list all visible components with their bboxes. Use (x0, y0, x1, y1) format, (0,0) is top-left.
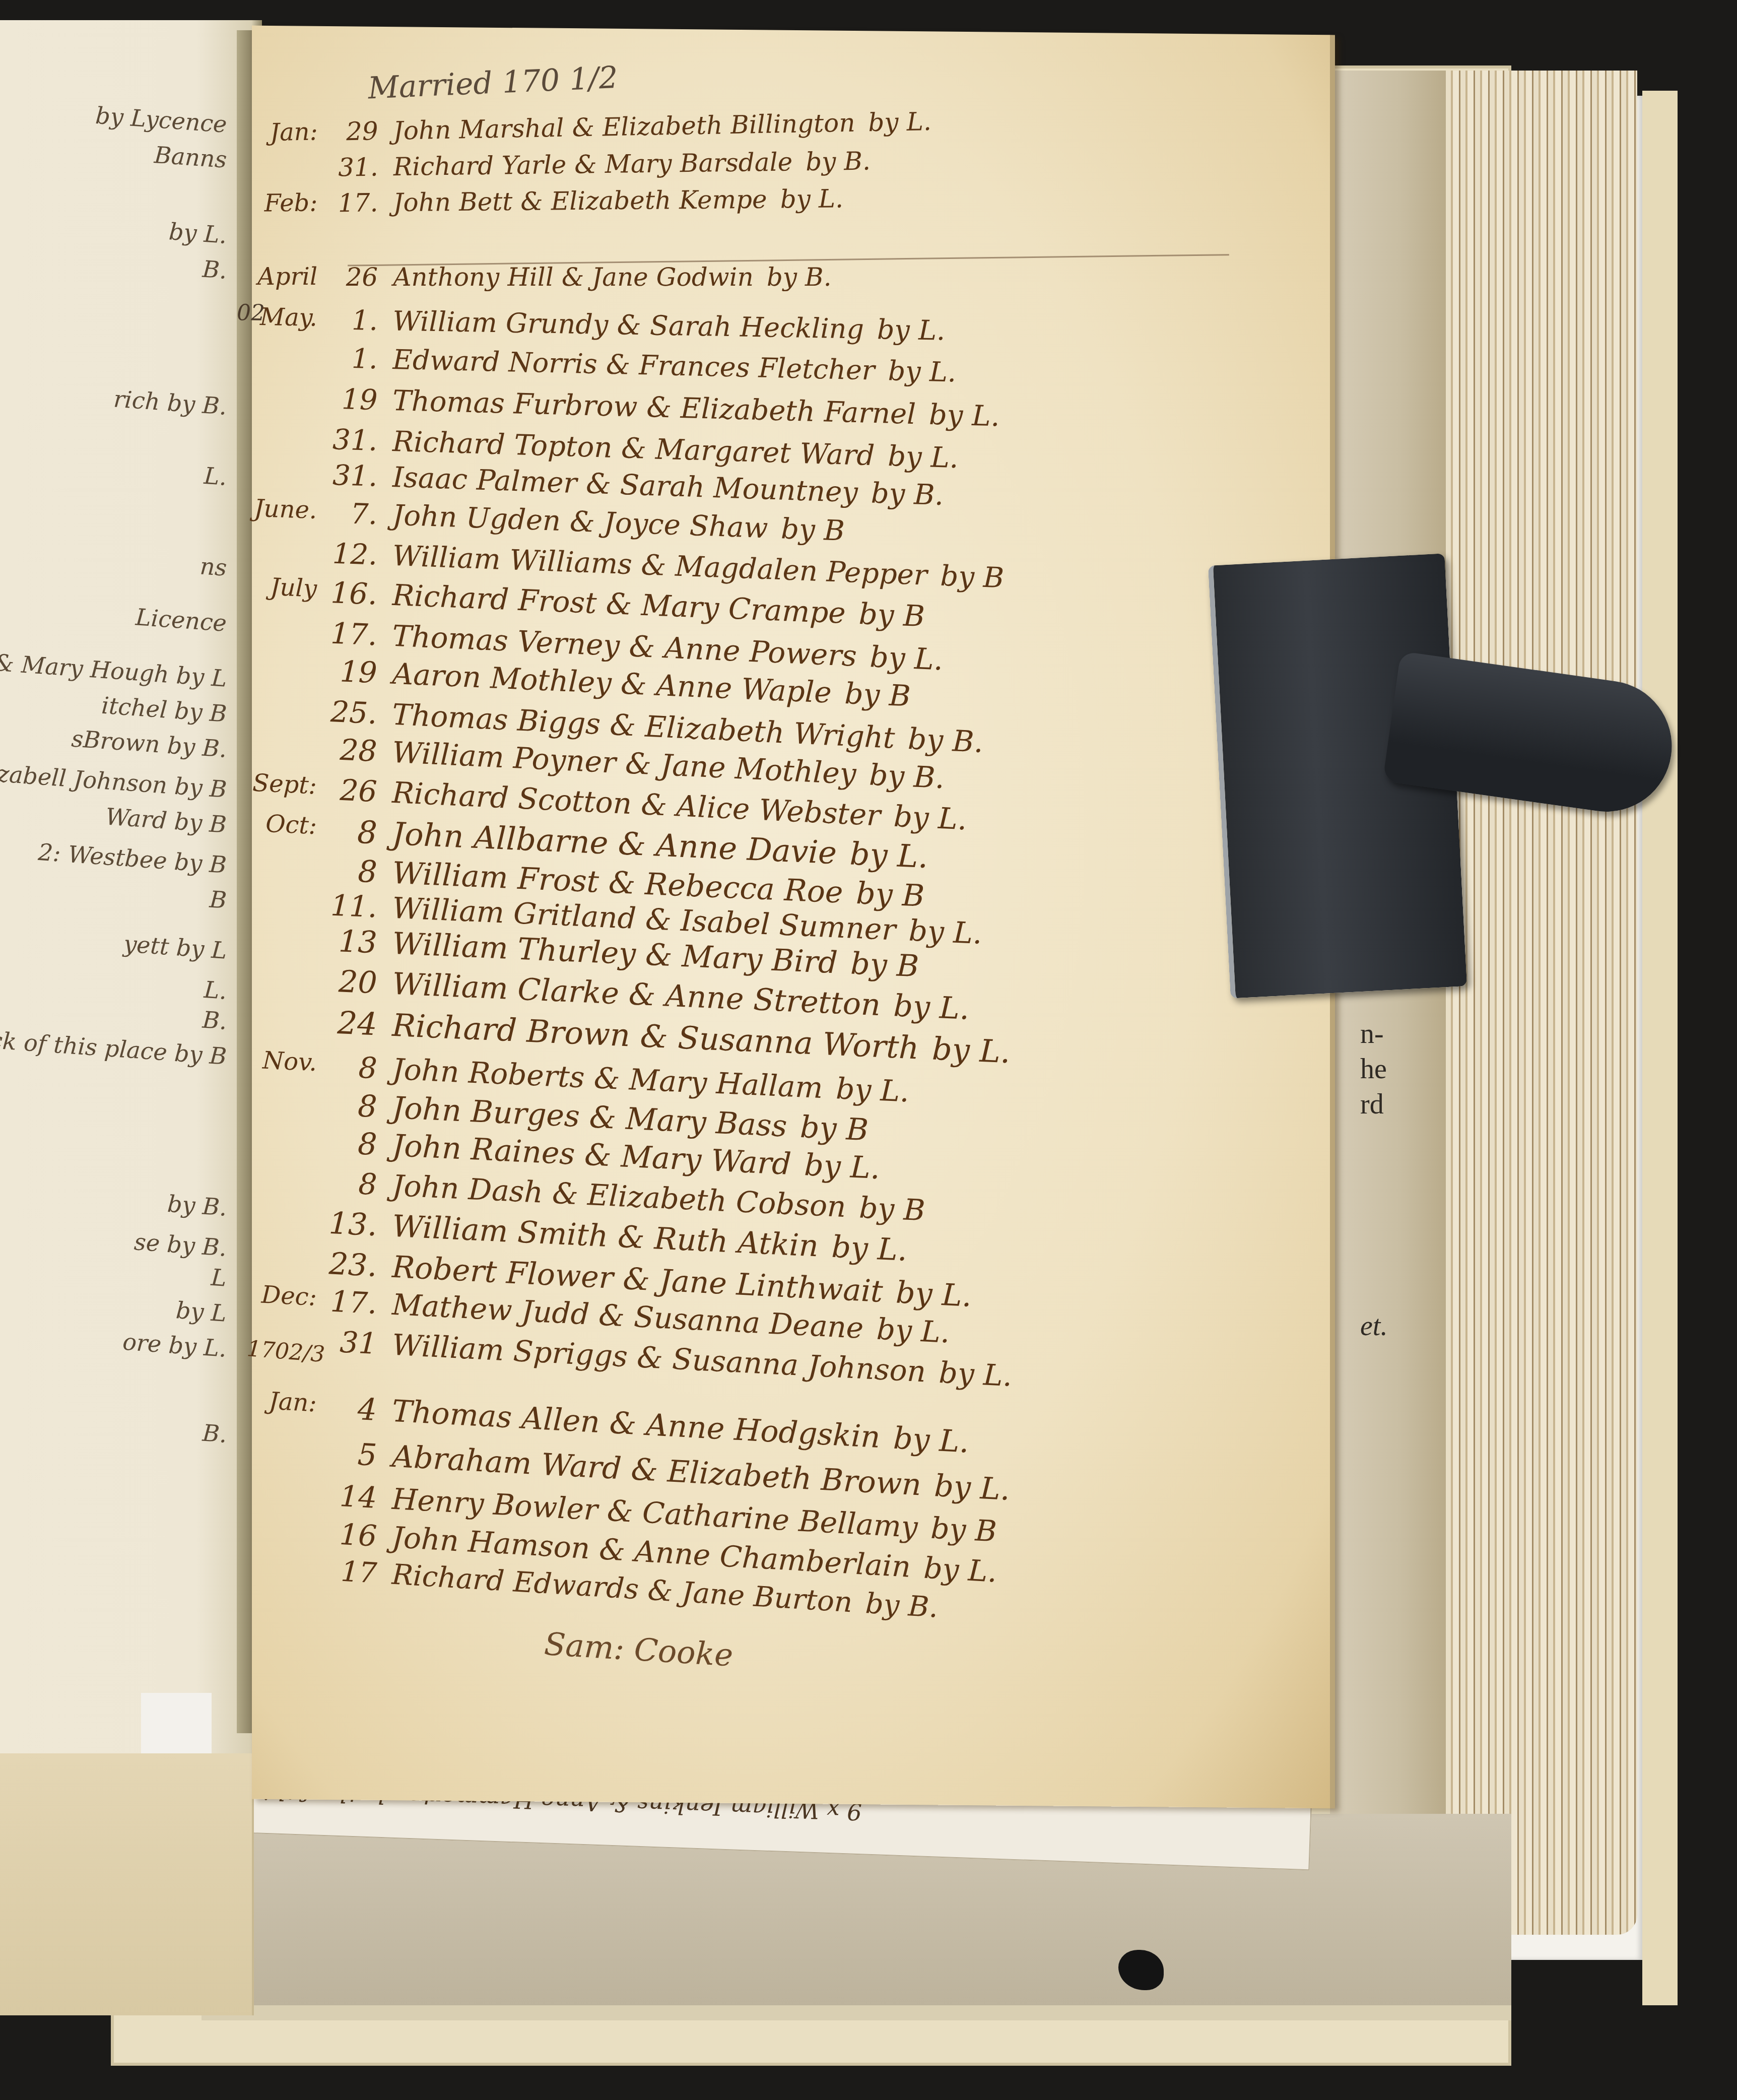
left-page-fragment: L. (203, 976, 228, 1005)
entry-day: 8 (321, 1125, 378, 1162)
licence-or-banns: by L. (876, 1311, 951, 1349)
ampersand: & (577, 467, 621, 501)
bride-name: Anne Waple (655, 668, 832, 710)
groom-name: John Marshal (393, 113, 564, 146)
left-page-fragment: itchel by B (101, 692, 228, 728)
licence-or-banns: by B (940, 560, 1005, 595)
ampersand: & (579, 1099, 626, 1136)
entry-day: 1. (322, 304, 378, 337)
groom-name: John Bett (393, 187, 513, 217)
licence-or-banns: by L. (877, 313, 946, 346)
left-cover-board (0, 1753, 254, 2015)
licence-or-banns: by L. (939, 1355, 1013, 1393)
ampersand: & (632, 548, 676, 582)
bride-name: Elizabeth Brown (666, 1454, 922, 1502)
curate-signature: Sam: Cooke (543, 1625, 733, 1674)
entry-couple: John Bett & Elizabeth Kempeby L. (393, 184, 843, 217)
licence-or-banns: by L. (923, 1551, 997, 1589)
groom-name: Richard Frost (392, 578, 597, 620)
bride-name: Mary Ward (620, 1139, 792, 1182)
licence-or-banns: by L. (831, 1229, 908, 1268)
ampersand: & (597, 1493, 643, 1530)
printed-page-strip (1330, 71, 1446, 1915)
bride-name: Susanna Worth (677, 1019, 919, 1067)
groom-name: Richard Topton (392, 425, 613, 465)
ampersand: & (608, 1219, 655, 1256)
licence-or-banns: by L. (929, 399, 1000, 433)
entry-day: 8 (321, 852, 377, 890)
licence-or-banns: by L. (888, 355, 956, 388)
licence-or-banns: by B (780, 512, 845, 547)
bride-name: Anne Davie (655, 827, 838, 872)
entry-month (242, 1242, 317, 1246)
groom-name: William Williams (392, 540, 633, 581)
ampersand: & (598, 865, 646, 902)
licence-or-banns: by L. (780, 184, 843, 214)
groom-name: Edward Norris (392, 344, 597, 380)
entry-couple: Edward Norris & Frances Fletcherby L. (392, 344, 956, 388)
entry-day: 8 (321, 1049, 378, 1086)
register-page: Married 170 1/2 02 Jan:29John Marshal & … (252, 26, 1335, 1809)
entry-day: 17. (321, 616, 378, 652)
ampersand: & (613, 1261, 660, 1298)
bride-name: Mary Bass (625, 1101, 788, 1144)
licence-or-banns: by B. (864, 1587, 939, 1624)
groom-name: Richard Yarle (393, 150, 567, 181)
licence-or-banns: by B. (805, 147, 871, 177)
licence-or-banns: by B. (871, 477, 944, 512)
bride-name: Sarah Heckling (650, 309, 864, 345)
ampersand: & (542, 1175, 588, 1212)
groom-name: Thomas Biggs (391, 697, 601, 741)
left-page-fragment: by L. (168, 218, 228, 249)
ampersand: & (599, 1405, 647, 1442)
left-page-fragment: L (211, 1264, 228, 1292)
left-page-fragment: B. (202, 255, 228, 284)
entry-month (242, 1320, 317, 1324)
entry-day: 8 (321, 1087, 378, 1125)
entry-month (242, 1202, 317, 1205)
ampersand: & (566, 150, 605, 179)
entry-month (242, 650, 317, 653)
groom-name: John Raines (391, 1128, 575, 1172)
groom-name: Thomas Allen (391, 1394, 601, 1440)
box-rim (1642, 91, 1678, 2005)
bride-name: Alice Webster (676, 789, 881, 832)
left-page-fragment: by L (175, 1296, 228, 1327)
bride-name: Jane Burton (681, 1576, 853, 1619)
ampersand: & (564, 112, 603, 142)
licence-or-banns: by B. (868, 757, 945, 795)
bride-name: Elizabeth Kempe (551, 185, 767, 216)
left-page-fragment: B. (202, 1006, 228, 1035)
entry-month (242, 153, 317, 154)
bride-name: Joyce Shaw (604, 506, 768, 545)
entry-month: Oct: (241, 809, 317, 840)
left-page: by LycenceBannsby L.B.rich by B.L.nsLice… (0, 20, 262, 1753)
entry-month (242, 1474, 317, 1478)
licence-or-banns: by B (799, 1109, 869, 1148)
ampersand: & (615, 746, 661, 782)
bride-name: Mary Hallam (629, 1062, 824, 1105)
entry-day: 16 (321, 1516, 378, 1553)
groom-name: John Ugden (392, 499, 561, 538)
entry-day: 25. (321, 694, 378, 731)
entry-day: 31. (321, 458, 378, 493)
entry-day: 31. (322, 153, 378, 182)
ampersand: & (612, 432, 656, 466)
left-page-fragment: pick of this place by B (0, 1025, 228, 1070)
left-page-fragment: B. (202, 1419, 228, 1448)
bride-name: Magdalen Pepper (675, 550, 927, 592)
entry-day: 12. (321, 537, 378, 572)
licence-or-banns: by L. (849, 835, 929, 875)
bride-name: Elizabeth Billington (602, 108, 855, 142)
entry-month (242, 1549, 317, 1553)
ampersand: & (589, 1531, 635, 1568)
entry-month: Feb: (242, 188, 318, 217)
licence-or-banns: by B. (907, 721, 984, 759)
licence-or-banns: by B (930, 1511, 997, 1549)
entry-month (242, 340, 317, 342)
entry-day: 28 (321, 732, 378, 768)
entry-couple: Richard Yarle & Mary Barsdaleby B. (393, 147, 871, 182)
bride-name: Anne Powers (663, 630, 857, 673)
left-page-fragment: L. (203, 462, 228, 491)
entry-month (242, 1121, 317, 1125)
entry-day: 11. (321, 888, 378, 925)
entry-day: 13 (321, 923, 377, 961)
entry-day: 31. (322, 423, 378, 457)
entry-day: 8 (321, 1165, 378, 1202)
ampersand: & (630, 1017, 679, 1056)
groom-name: John Allbarne (391, 815, 609, 862)
entry-month (242, 534, 317, 537)
licence-or-banns: by B. (766, 262, 831, 292)
entry-month (242, 1083, 317, 1087)
left-page-fragment: zabell Johnson by B (0, 760, 228, 803)
entry-month (242, 728, 317, 732)
left-page-fragment: ore by L. (122, 1328, 228, 1362)
page-heading: Married 170 1/2 (367, 60, 619, 106)
ampersand: & (619, 629, 665, 665)
bride-name: Frances Fletcher (639, 349, 875, 386)
entry-month (242, 612, 317, 616)
entry-month (242, 380, 317, 382)
ampersand: & (621, 1451, 669, 1489)
bride-name: Susanna Johnson (672, 1342, 926, 1389)
entry-day: 23. (321, 1246, 378, 1284)
ampersand: & (600, 707, 646, 743)
entry-day: 8 (321, 812, 377, 851)
entry-day: 26 (322, 262, 378, 292)
bride-name: Anne Hodgskin (645, 1407, 881, 1455)
left-page-fragment: Banns (153, 141, 228, 173)
bride-name: Anne Stretton (664, 978, 881, 1023)
licence-or-banns: by B (850, 946, 919, 985)
licence-or-banns: by L. (893, 988, 970, 1026)
licence-or-banns: by L. (888, 440, 959, 475)
ampersand: & (619, 976, 666, 1013)
licence-or-banns: by B (844, 676, 911, 713)
entry-day: 16. (321, 575, 378, 611)
entry-couple: John Marshal & Elizabeth Billingtonby L. (393, 107, 931, 146)
entry-month (242, 456, 317, 458)
ampersand: & (596, 586, 642, 622)
bride-name: Elizabeth Farnel (680, 392, 916, 431)
entry-list: Jan:29John Marshal & Elizabeth Billingto… (252, 26, 1330, 35)
ampersand: & (597, 348, 639, 381)
groom-name: John Hamson (391, 1520, 590, 1566)
ampersand: & (638, 1573, 683, 1609)
left-page-fragment: rich by B. (112, 385, 227, 420)
bride-name: Mary Barsdale (605, 148, 793, 179)
licence-or-banns: by L. (895, 1275, 972, 1314)
licence-or-banns: by L. (804, 1147, 881, 1186)
entry-day: 17. (322, 188, 378, 218)
groom-name: John Dash (391, 1168, 544, 1210)
entry-month: July (241, 572, 317, 603)
groom-name: Henry Bowler (391, 1482, 599, 1527)
ampersand: & (560, 505, 604, 539)
entry-month (242, 421, 317, 423)
licence-or-banns: by L. (933, 1468, 1011, 1507)
entry-day: 19 (321, 653, 378, 690)
entry-day: 31 (321, 1324, 378, 1361)
ampersand: & (631, 786, 677, 823)
entry-month: Jan: (242, 117, 318, 147)
licence-or-banns: by B (855, 876, 925, 914)
ampersand: & (608, 309, 650, 341)
groom-name: Richard Brown (391, 1007, 631, 1054)
groom-name: Richard Scotton (391, 775, 632, 821)
entry-month (242, 920, 317, 923)
left-page-fragment: se by B. (133, 1228, 228, 1262)
groom-name: Mathew Judd (391, 1287, 590, 1332)
groom-name: Thomas Verney (391, 619, 620, 663)
bride-name: Sarah Mountney (620, 469, 858, 509)
groom-name: Isaac Palmer (392, 461, 577, 500)
ampersand: & (637, 391, 681, 425)
entry-day: 29 (322, 116, 378, 147)
groom-name: Aaron Mothley (391, 657, 612, 700)
entry-couple: Anthony Hill & Jane Godwinby B. (393, 262, 832, 292)
entry-month: June. (241, 494, 317, 524)
licence-or-banns: by L. (868, 107, 932, 137)
groom-name: William Smith (391, 1209, 609, 1254)
groom-name: William Spriggs (391, 1328, 628, 1374)
entry-day: 24 (321, 1004, 377, 1043)
entry-day: 13. (321, 1205, 378, 1243)
licence-or-banns: by L. (931, 1030, 1011, 1071)
entry-month (242, 884, 317, 888)
ampersand: & (635, 937, 683, 974)
entry-day: 17. (321, 1284, 378, 1321)
bride-name: Mary Crampe (641, 588, 846, 630)
left-page-fragment: B (209, 886, 227, 914)
entry-month: Jan: (240, 1386, 317, 1418)
ampersand: & (608, 825, 656, 864)
left-page-fragment: ns (199, 552, 228, 581)
left-page-fragment: by Lycence (94, 102, 228, 138)
entry-month: Sept: (241, 768, 317, 800)
groom-name: John Burges (391, 1090, 580, 1134)
bride-name: Mary Bird (681, 939, 838, 980)
left-page-fragment: & Mary Hough by L (0, 649, 228, 692)
entry-month: May. (242, 302, 317, 332)
entry-day: 17 (320, 1554, 377, 1590)
bride-name: Margaret Ward (655, 433, 875, 472)
entry-day: 4 (321, 1390, 378, 1428)
left-page-fragment: Ward by B (105, 803, 228, 838)
entry-month: Dec: (241, 1280, 317, 1312)
entry-month (242, 690, 317, 694)
licence-or-banns: by L. (893, 799, 968, 837)
ampersand: & (611, 666, 657, 702)
entry-day: 14 (321, 1478, 378, 1515)
bride-name: Ruth Atkin (653, 1221, 819, 1264)
groom-name: Anthony Hill (393, 262, 554, 292)
ampersand: & (512, 186, 551, 216)
ampersand: & (584, 1061, 630, 1097)
ampersand: & (554, 262, 592, 292)
entry-day: 5 (321, 1435, 378, 1473)
left-page-fragment: sBrown by B. (71, 725, 228, 762)
groom-name: William Clarke (391, 966, 620, 1012)
groom-name: Abraham Ward (391, 1439, 623, 1487)
licence-or-banns: by B (858, 1191, 925, 1228)
bride-name: Jane Mothley (660, 748, 857, 791)
entry-couple: Thomas Furbrow & Elizabeth Farnelby L. (392, 384, 1000, 433)
entry-month (242, 1000, 317, 1004)
printed-fragment: he (1360, 1053, 1387, 1085)
entry-month: Nov. (241, 1045, 317, 1077)
licence-or-banns: by L. (835, 1071, 910, 1108)
groom-name: William Grundy (392, 305, 608, 341)
printed-fragment: rd (1360, 1088, 1384, 1121)
entry-month (242, 1511, 317, 1516)
ampersand: & (588, 1297, 634, 1334)
entry-couple: William Grundy & Sarah Hecklingby L. (392, 305, 945, 347)
entry-month (242, 1431, 317, 1435)
ampersand: & (636, 901, 682, 938)
entry-month (242, 960, 317, 963)
groom-name: William Poyner (391, 735, 617, 780)
ampersand: & (574, 1137, 622, 1174)
year-marker: 1702/3 (246, 1338, 325, 1366)
bride-name: Jane Godwin (592, 262, 754, 292)
bride-name: Elizabeth Cobson (587, 1177, 847, 1224)
entry-day: 7. (321, 497, 378, 532)
licence-or-banns: by L. (870, 639, 944, 677)
licence-or-banns: by L. (908, 913, 983, 951)
entry-month: April (242, 262, 317, 291)
printed-fragment: n- (1360, 1018, 1384, 1050)
left-page-fragment: yett by L (122, 930, 228, 964)
left-page-fragment: Licence (135, 603, 228, 636)
licence-or-banns: by B (858, 597, 925, 633)
groom-name: John Roberts (391, 1052, 585, 1095)
entry-day: 26 (321, 772, 378, 809)
printed-fragment: et. (1360, 1310, 1387, 1342)
ampersand: & (627, 1339, 673, 1375)
entry-month (242, 1161, 317, 1165)
groom-name: Thomas Furbrow (392, 384, 638, 424)
left-page-fragment: by B. (166, 1190, 228, 1221)
entry-month (242, 849, 317, 852)
entry-day: 20 (321, 963, 377, 1001)
left-page-fragment: 2: Westbee by B (37, 838, 227, 879)
licence-or-banns: by L. (893, 1421, 970, 1460)
entry-day: 19 (322, 382, 378, 417)
page-block-fore-edge (1446, 71, 1637, 1935)
entry-day: 1. (322, 342, 378, 375)
